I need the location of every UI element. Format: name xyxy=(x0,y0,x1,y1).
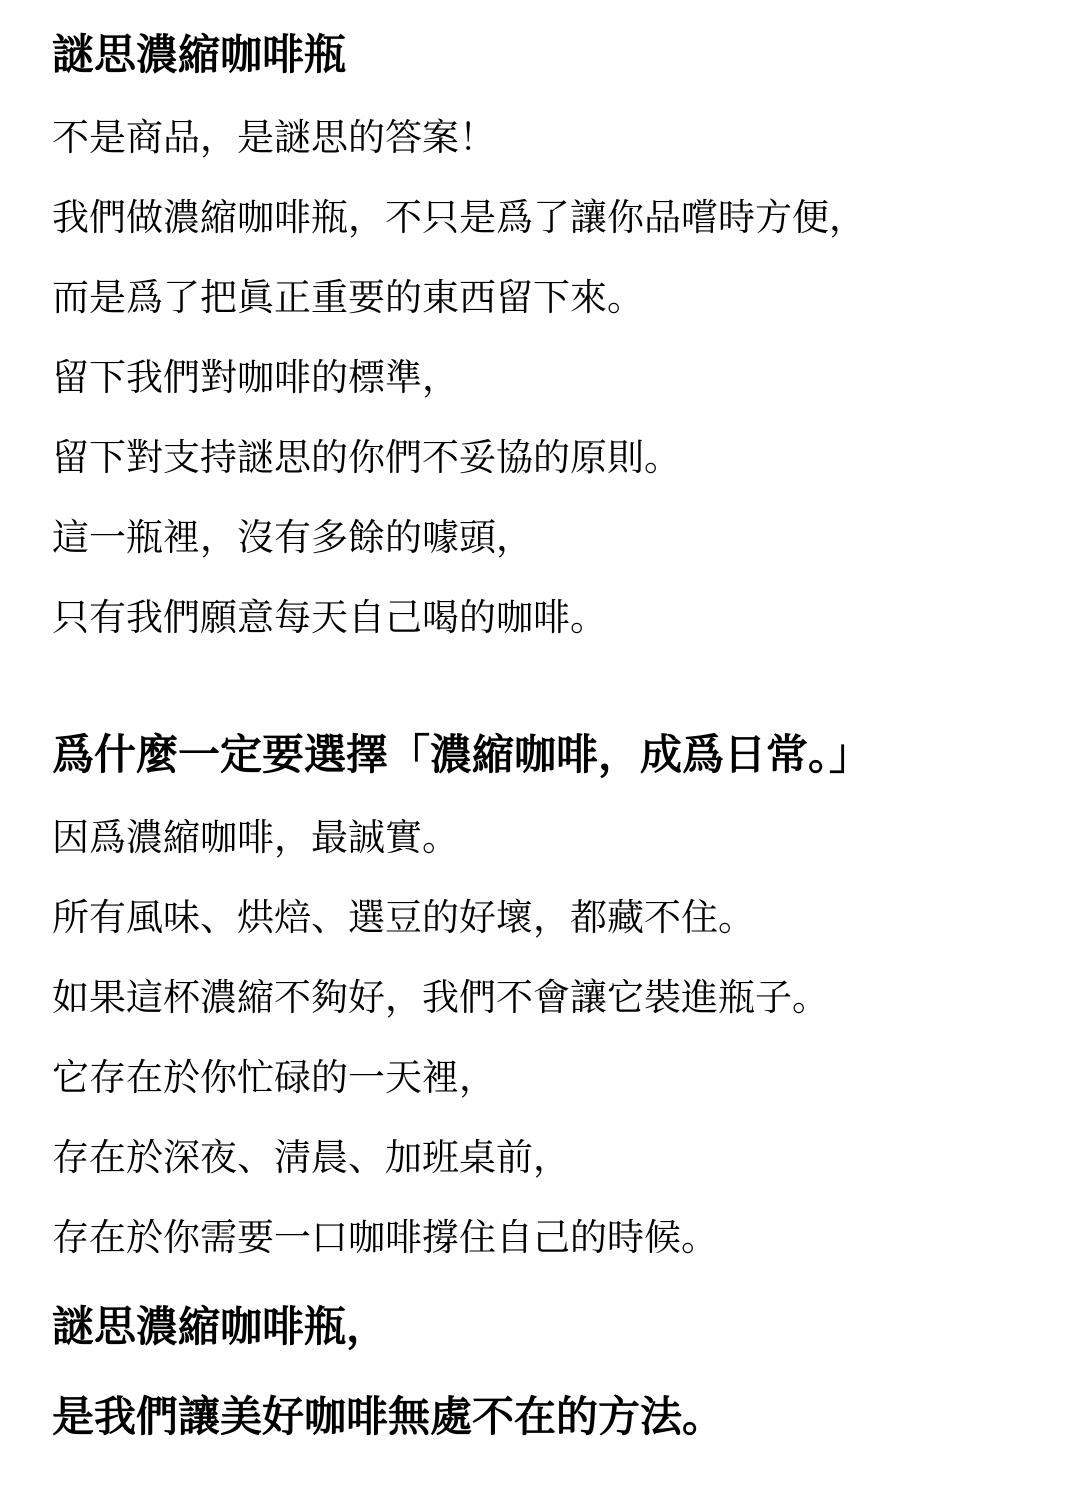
intro-line-4: 留下我們對咖啡的標準， xyxy=(52,356,459,400)
section-heading: 爲什麼一定要選擇「濃縮咖啡，成爲日常。」 xyxy=(52,730,871,780)
section-line-2: 所有風味、烘焙、選豆的好壞，都藏不住。 xyxy=(52,896,755,940)
intro-line-3: 而是爲了把眞正重要的東西留下來。 xyxy=(52,276,644,320)
closing-line-1: 謎思濃縮咖啡瓶， xyxy=(52,1302,388,1352)
intro-line-7: 只有我們願意每天自己喝的咖啡。 xyxy=(52,596,607,640)
closing-line-2: 是我們讓美好咖啡無處不在的方法。 xyxy=(52,1392,724,1442)
intro-line-1: 不是商品，是謎思的答案！ xyxy=(52,116,496,160)
intro-line-5: 留下對支持謎思的你們不妥協的原則。 xyxy=(52,436,681,480)
intro-line-6: 這一瓶裡，沒有多餘的噱頭， xyxy=(52,516,533,560)
section-line-5: 存在於深夜、淸晨、加班桌前， xyxy=(52,1136,570,1180)
section-line-1: 因爲濃縮咖啡，最誠實。 xyxy=(52,816,459,860)
intro-line-2: 我們做濃縮咖啡瓶，不只是爲了讓你品嚐時方便， xyxy=(52,196,866,240)
section-line-6: 存在於你需要一口咖啡撐住自己的時候。 xyxy=(52,1216,718,1260)
page-title: 謎思濃縮咖啡瓶 xyxy=(52,30,346,80)
section-line-3: 如果這杯濃縮不夠好，我們不會讓它裝進瓶子。 xyxy=(52,976,829,1020)
section-line-4: 它存在於你忙碌的一天裡， xyxy=(52,1056,496,1100)
